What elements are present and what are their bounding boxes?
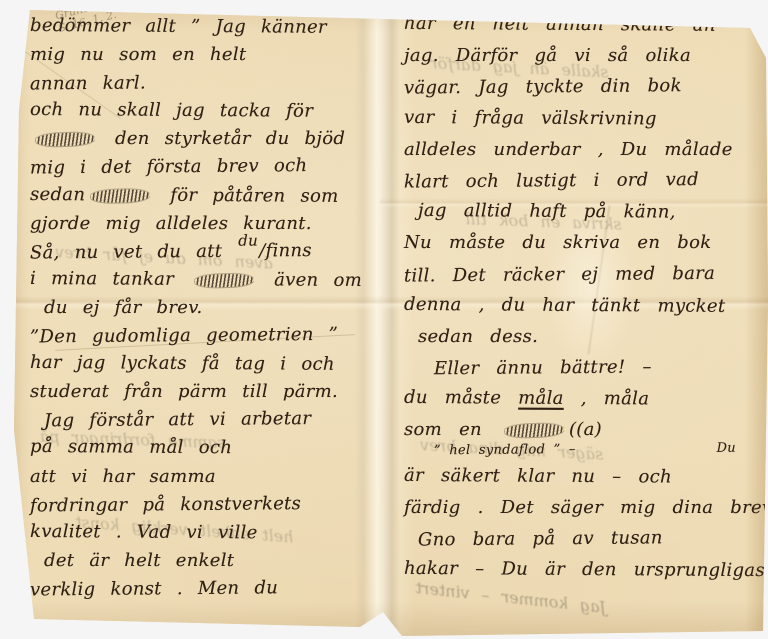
letter-text: vägar. Jag tyckte din bok (404, 76, 682, 99)
letter-page-left: bedömmer allt ” Jag kännermig nu som en … (30, 16, 368, 606)
letter-line: verklig konst . Men du (30, 576, 368, 607)
letter-text: ” hel syndaflod ” – (434, 442, 576, 458)
letter-line: annan karl. (30, 71, 368, 102)
letter-text: studerat från pärm till pärm. (30, 381, 338, 402)
letter-text: sedan (30, 184, 85, 205)
letter-text: gjorde mig alldeles kurant. (30, 213, 312, 234)
letter-line: i mina tankar även om (30, 268, 368, 298)
letter-line: jag. Därför gå vi så olika (404, 45, 762, 76)
letter-line: har en helt annan skalle än (404, 13, 762, 46)
letter-line: du måste måla , måla (404, 387, 762, 420)
letter-line: sedan för påtåren som (30, 184, 368, 214)
photograph-of-letter: även om du ej får brevsamma fordringar p… (0, 0, 768, 639)
letter-line: ” hel syndaflod ” –Du (404, 440, 762, 467)
letter-line: den styrketår du bjöd (30, 128, 368, 156)
letter-text: Du (716, 440, 736, 455)
letter-text: annan karl. (30, 73, 146, 95)
letter-line: klart och lustigt i ord vad (404, 168, 762, 202)
letter-text: var i fråga välskrivning (404, 106, 657, 129)
letter-text: ”Den gudomliga geometrien ” (30, 324, 338, 348)
letter-text: mig nu som en helt (30, 44, 246, 65)
letter-line: ”Den gudomliga geometrien ” (30, 324, 368, 355)
letter-text: i mina tankar (30, 268, 189, 290)
letter-line: Så, nu vet du att du/finns (30, 239, 368, 270)
letter-line: kvalitet . Vad vi ville (30, 521, 368, 551)
letter-text: du måste (404, 387, 518, 409)
letter-text: , måla (564, 388, 650, 410)
letter-text: har en helt annan skalle än (404, 13, 716, 36)
letter-text: till. Det räcker ej med bara (404, 262, 715, 286)
letter-line: mig nu som en helt (30, 44, 368, 72)
letter-text: Nu måste du skriva en bok (404, 232, 711, 253)
letter-line: alldeles underbar , Du målade (404, 139, 762, 170)
letter-text: har jag lyckats få tag i och (30, 352, 335, 375)
letter-text: Gno bara på av tusan (418, 527, 663, 550)
inserted-word: du (238, 231, 258, 249)
letter-line: det är helt enkelt (30, 550, 368, 578)
letter-line: bedömmer allt ” Jag känner (30, 15, 368, 45)
letter-line: Nu måste du skriva en bok (404, 232, 762, 263)
letter-text: mig i det första brev och (30, 156, 308, 179)
letter-text: jag alltid haft på känn, (418, 200, 676, 223)
letter-text: är säkert klar nu – och (404, 465, 672, 488)
letter-text: /finns (259, 240, 312, 261)
scribble-strikeout (90, 188, 150, 203)
letter-text: du ej får brev. (44, 297, 203, 318)
letter-text: kvalitet . Vad vi ville (30, 521, 258, 543)
letter-text: på samma mål och (30, 436, 232, 458)
scribble-strikeout (194, 273, 254, 288)
letter-line: studerat från pärm till pärm. (30, 381, 368, 409)
letter-text: Jag förstår att vi arbetar (44, 408, 311, 431)
letter-line: gjorde mig alldeles kurant. (30, 213, 368, 241)
letter-text: ((a) (569, 419, 602, 440)
letter-line: Gno bara på av tusan (404, 526, 762, 560)
letter-line: var i fråga välskrivning (404, 106, 762, 139)
letter-text: Så, nu vet du att (30, 240, 238, 263)
letter-text: hakar – Du är den ursprungligaste (404, 558, 768, 581)
letter-line: Eller ännu bättre! – (404, 356, 762, 390)
letter-line: är säkert klar nu – och (404, 465, 762, 498)
underlined-word: måla (518, 388, 564, 409)
scribble-strikeout (504, 423, 564, 438)
letter-line: du ej får brev. (30, 297, 368, 325)
letter-text: som en (404, 419, 499, 440)
letter-line: vägar. Jag tyckte din bok (404, 75, 762, 109)
letter-line: fordringar på konstverkets (30, 492, 368, 523)
letter-line: mig i det första brev och (30, 155, 368, 186)
letter-line: på samma mål och (30, 436, 368, 466)
letter-page-right: har en helt annan skalle änjag. Därför g… (404, 14, 762, 590)
letter-line: har jag lyckats få tag i och (30, 352, 368, 382)
letter-line: Jag förstår att vi arbetar (30, 408, 368, 439)
letter-text: även om (259, 269, 362, 291)
letter-line: till. Det räcker ej med bara (404, 262, 762, 296)
letter-line: att vi har samma (30, 466, 368, 494)
letter-line: och nu skall jag tacka för (30, 99, 368, 129)
letter-text: det är helt enkelt (44, 550, 234, 571)
letter-text: alldeles underbar , Du målade (404, 139, 733, 160)
letter-line: jag alltid haft på känn, (404, 200, 762, 233)
letter-text: och nu skall jag tacka för (30, 99, 313, 122)
letter-paper: även om du ej får brevsamma fordringar p… (0, 0, 768, 639)
letter-text: den styrketår du bjöd (100, 128, 345, 149)
letter-text: denna , du har tänkt mycket (404, 294, 726, 317)
letter-line: denna , du har tänkt mycket (404, 294, 762, 327)
letter-line: hakar – Du är den ursprungligaste (404, 558, 762, 591)
letter-text: sedan dess. (418, 326, 538, 347)
letter-line: färdig . Det säger mig dina brev. (404, 497, 762, 528)
letter-text: verklig konst . Men du (30, 577, 278, 600)
letter-text: färdig . Det säger mig dina brev. (404, 497, 768, 518)
scribble-strikeout (35, 132, 95, 147)
letter-text: Eller ännu bättre! – (434, 356, 652, 379)
letter-line: sedan dess. (404, 326, 762, 357)
letter-text: klart och lustigt i ord vad (404, 169, 699, 193)
letter-text: att vi har samma (30, 466, 216, 487)
letter-text: jag. Därför gå vi så olika (404, 45, 691, 66)
letter-text: för påtåren som (155, 184, 338, 206)
letter-text: fordringar på konstverkets (30, 493, 301, 516)
letter-text: bedömmer allt ” Jag känner (30, 15, 327, 38)
